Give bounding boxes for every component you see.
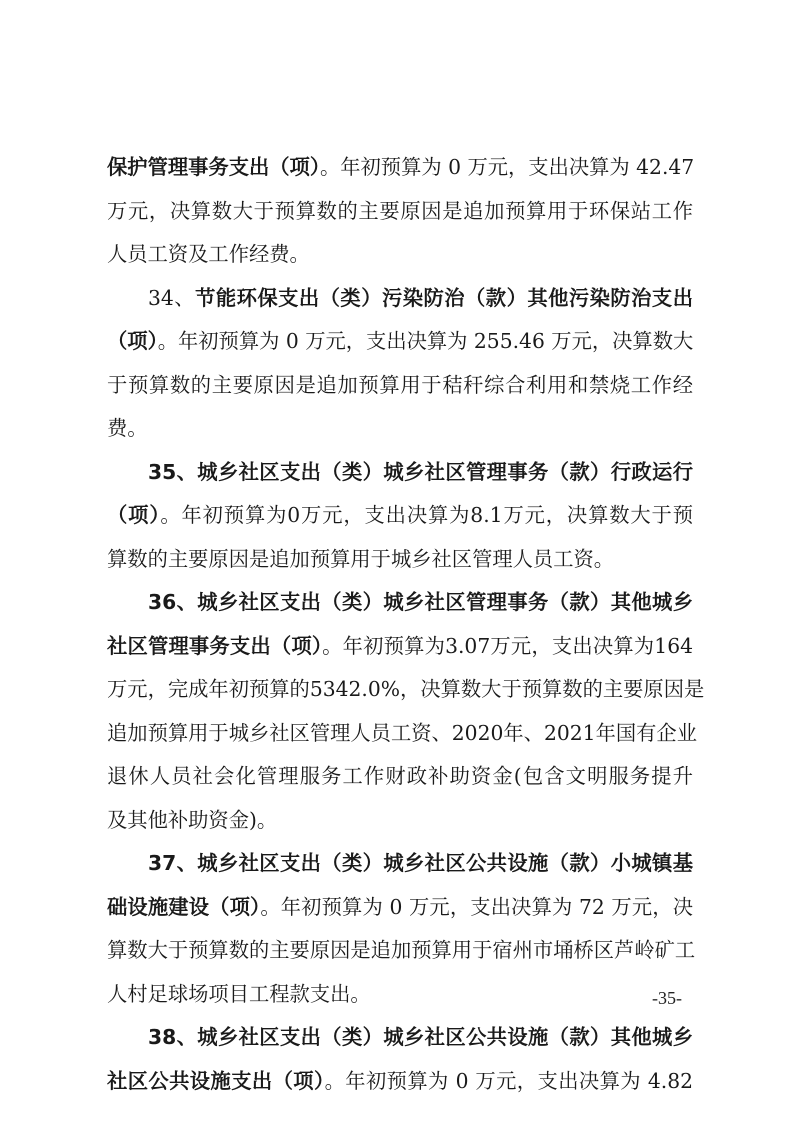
body-text: 万元，决算数大于预算数的主要原因是追加预算用于环保站工作 <box>107 199 693 223</box>
text-line: 社区公共设施支出（项）。年初预算为 0 万元，支出决算为 4.82 <box>107 1060 693 1104</box>
body-text: 人村足球场项目工程款支出。 <box>107 982 371 1006</box>
bold-heading: 36、城乡社区支出（类）城乡社区管理事务（款）其他城乡 <box>148 590 693 614</box>
text-line: 费。 <box>107 407 693 451</box>
body-text: 万元，完成年初预算的5342.0%，决算数大于预算数的主要原因是 <box>107 677 704 701</box>
text-line: 35、城乡社区支出（类）城乡社区管理事务（款）行政运行 <box>107 451 693 495</box>
body-text: 费。 <box>107 416 148 440</box>
bold-heading: 社区管理事务支出（项） <box>107 634 322 658</box>
text-line: 社区管理事务支出（项）。年初预算为3.07万元，支出决算为164 <box>107 625 693 669</box>
body-text: 及其他补助资金)。 <box>107 808 277 832</box>
bold-heading: 37、城乡社区支出（类）城乡社区公共设施（款）小城镇基 <box>148 851 693 875</box>
body-text: 追加预算用于城乡社区管理人员工资、2020年、2021年国有企业 <box>107 721 697 745</box>
text-line: 算数大于预算数的主要原因是追加预算用于宿州市埇桥区芦岭矿工 <box>107 929 693 973</box>
body-text: 。年初预算为 0 万元，支出决算为 72 万元，决 <box>260 895 693 919</box>
text-line: 万元，完成年初预算的5342.0%，决算数大于预算数的主要原因是 <box>107 668 693 712</box>
text-line: 追加预算用于城乡社区管理人员工资、2020年、2021年国有企业 <box>107 712 693 756</box>
body-text: 。年初预算为0万元，支出决算为8.1万元，决算数大于预 <box>160 503 693 527</box>
text-line: 于预算数的主要原因是追加预算用于秸秆综合利用和禁烧工作经 <box>107 364 693 408</box>
bold-heading: 节能环保支出（类）污染防治（款）其他污染防治支出 <box>195 286 693 310</box>
text-line: 保护管理事务支出（项）。年初预算为 0 万元，支出决算为 42.47 <box>107 146 693 190</box>
text-line: 37、城乡社区支出（类）城乡社区公共设施（款）小城镇基 <box>107 842 693 886</box>
bold-heading: 础设施建设（项） <box>107 895 260 919</box>
text-line: 及其他补助资金)。 <box>107 799 693 843</box>
bold-heading: 35、城乡社区支出（类）城乡社区管理事务（款）行政运行 <box>148 460 693 484</box>
item-number: 34、 <box>148 286 195 310</box>
body-text: 于预算数的主要原因是追加预算用于秸秆综合利用和禁烧工作经 <box>107 373 693 397</box>
body-text: 。年初预算为3.07万元，支出决算为164 <box>322 634 693 658</box>
text-line: 36、城乡社区支出（类）城乡社区管理事务（款）其他城乡 <box>107 581 693 625</box>
bold-heading: （项） <box>107 503 160 527</box>
body-text: 。年初预算为 0 万元，支出决算为 42.47 <box>320 155 694 179</box>
bold-heading: 社区公共设施支出（项） <box>107 1069 325 1093</box>
bold-heading: 38、城乡社区支出（类）城乡社区公共设施（款）其他城乡 <box>148 1025 693 1049</box>
text-line: 万元，决算数大于预算数的主要原因是追加预算用于环保站工作 <box>107 190 693 234</box>
body-text: 。年初预算为 0 万元，支出决算为 255.46 万元，决算数大 <box>158 329 694 353</box>
page-number: -35- <box>652 988 682 1009</box>
text-line: 34、节能环保支出（类）污染防治（款）其他污染防治支出 <box>107 277 693 321</box>
text-line: 础设施建设（项）。年初预算为 0 万元，支出决算为 72 万元，决 <box>107 886 693 930</box>
body-text: 退休人员社会化管理服务工作财政补助资金(包含文明服务提升 <box>107 764 693 788</box>
text-line: 人员工资及工作经费。 <box>107 233 693 277</box>
text-line: 退休人员社会化管理服务工作财政补助资金(包含文明服务提升 <box>107 755 693 799</box>
text-line: （项）。年初预算为 0 万元，支出决算为 255.46 万元，决算数大 <box>107 320 693 364</box>
body-text: 人员工资及工作经费。 <box>107 242 310 266</box>
bold-heading: 保护管理事务支出（项） <box>107 155 320 179</box>
body-text: 。年初预算为 0 万元，支出决算为 4.82 <box>325 1069 693 1093</box>
text-line: 人村足球场项目工程款支出。 <box>107 973 693 1017</box>
body-text: 算数的主要原因是追加预算用于城乡社区管理人员工资。 <box>107 547 614 571</box>
text-line: 38、城乡社区支出（类）城乡社区公共设施（款）其他城乡 <box>107 1016 693 1060</box>
text-line: （项）。年初预算为0万元，支出决算为8.1万元，决算数大于预 <box>107 494 693 538</box>
text-line: 算数的主要原因是追加预算用于城乡社区管理人员工资。 <box>107 538 693 582</box>
document-page: 保护管理事务支出（项）。年初预算为 0 万元，支出决算为 42.47 万元，决算… <box>107 146 693 1103</box>
body-text: 算数大于预算数的主要原因是追加预算用于宿州市埇桥区芦岭矿工 <box>107 938 695 962</box>
bold-heading: （项） <box>107 329 158 353</box>
